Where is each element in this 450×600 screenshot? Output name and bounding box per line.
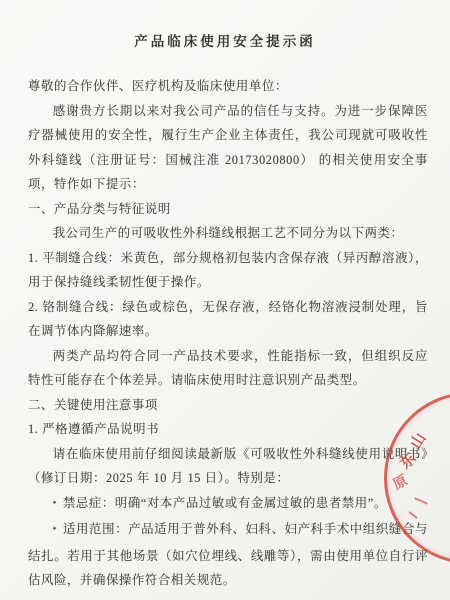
bullet-icon: • [53,498,57,509]
list-item: 2. 铬制缝合线：绿色或棕色，无保存液，经铬化物溶液浸制处理，旨在调节体内降解速… [28,295,428,344]
section1-lead: 我公司生产的可吸收性外科缝线根据工艺不同分为以下两类： [28,221,428,246]
bullet-icon: • [53,524,57,535]
document-title: 产品临床使用安全提示函 [28,30,422,50]
scanned-document-page: 产品临床使用安全提示函 尊敬的合作伙伴、医疗机构及临床使用单位： 感谢贵方长期以… [0,0,450,600]
section1-note: 两类产品均符合同一产品技术要求，性能指标一致，但组织反应特性可能存在个体差异。请… [28,344,428,393]
section2-heading: 二、关键使用注意事项 [28,393,428,418]
list-item: 1. 平制缝合线：米黄色，部分规格初包装内含保存液（异丙醇溶液），用于保持缝线柔… [28,246,428,295]
bullet-text: 适用范围：产品适用于普外科、妇科、妇产科手术中组织缝合与结扎。若用于其他场景（如… [28,522,428,587]
document-body: 尊敬的合作伙伴、医疗机构及临床使用单位： 感谢贵方长期以来对我公司产品的信任与支… [28,74,428,593]
bullet-item: •适用范围：产品适用于普外科、妇科、妇产科手术中组织缝合与结扎。若用于其他场景（… [28,517,428,593]
section2-sub1-heading: 1. 严格遵循产品说明书 [28,417,428,442]
bullet-item: •禁忌症：明确“对本产品过敏或有金属过敏的患者禁用”。 [28,491,428,518]
section1-heading: 一、产品分类与特征说明 [28,197,428,222]
section2-sub1-lead: 请在临床使用前仔细阅读最新版《可吸收性外科缝线使用说明书》（修订日期：2025 … [28,442,428,491]
salutation: 尊敬的合作伙伴、医疗机构及临床使用单位： [28,74,428,99]
bullet-text: 禁忌症：明确“对本产品过敏或有金属过敏的患者禁用”。 [63,496,387,510]
intro-paragraph: 感谢贵方长期以来对我公司产品的信任与支持。为进一步保障医疗器械使用的安全性，履行… [28,99,428,197]
